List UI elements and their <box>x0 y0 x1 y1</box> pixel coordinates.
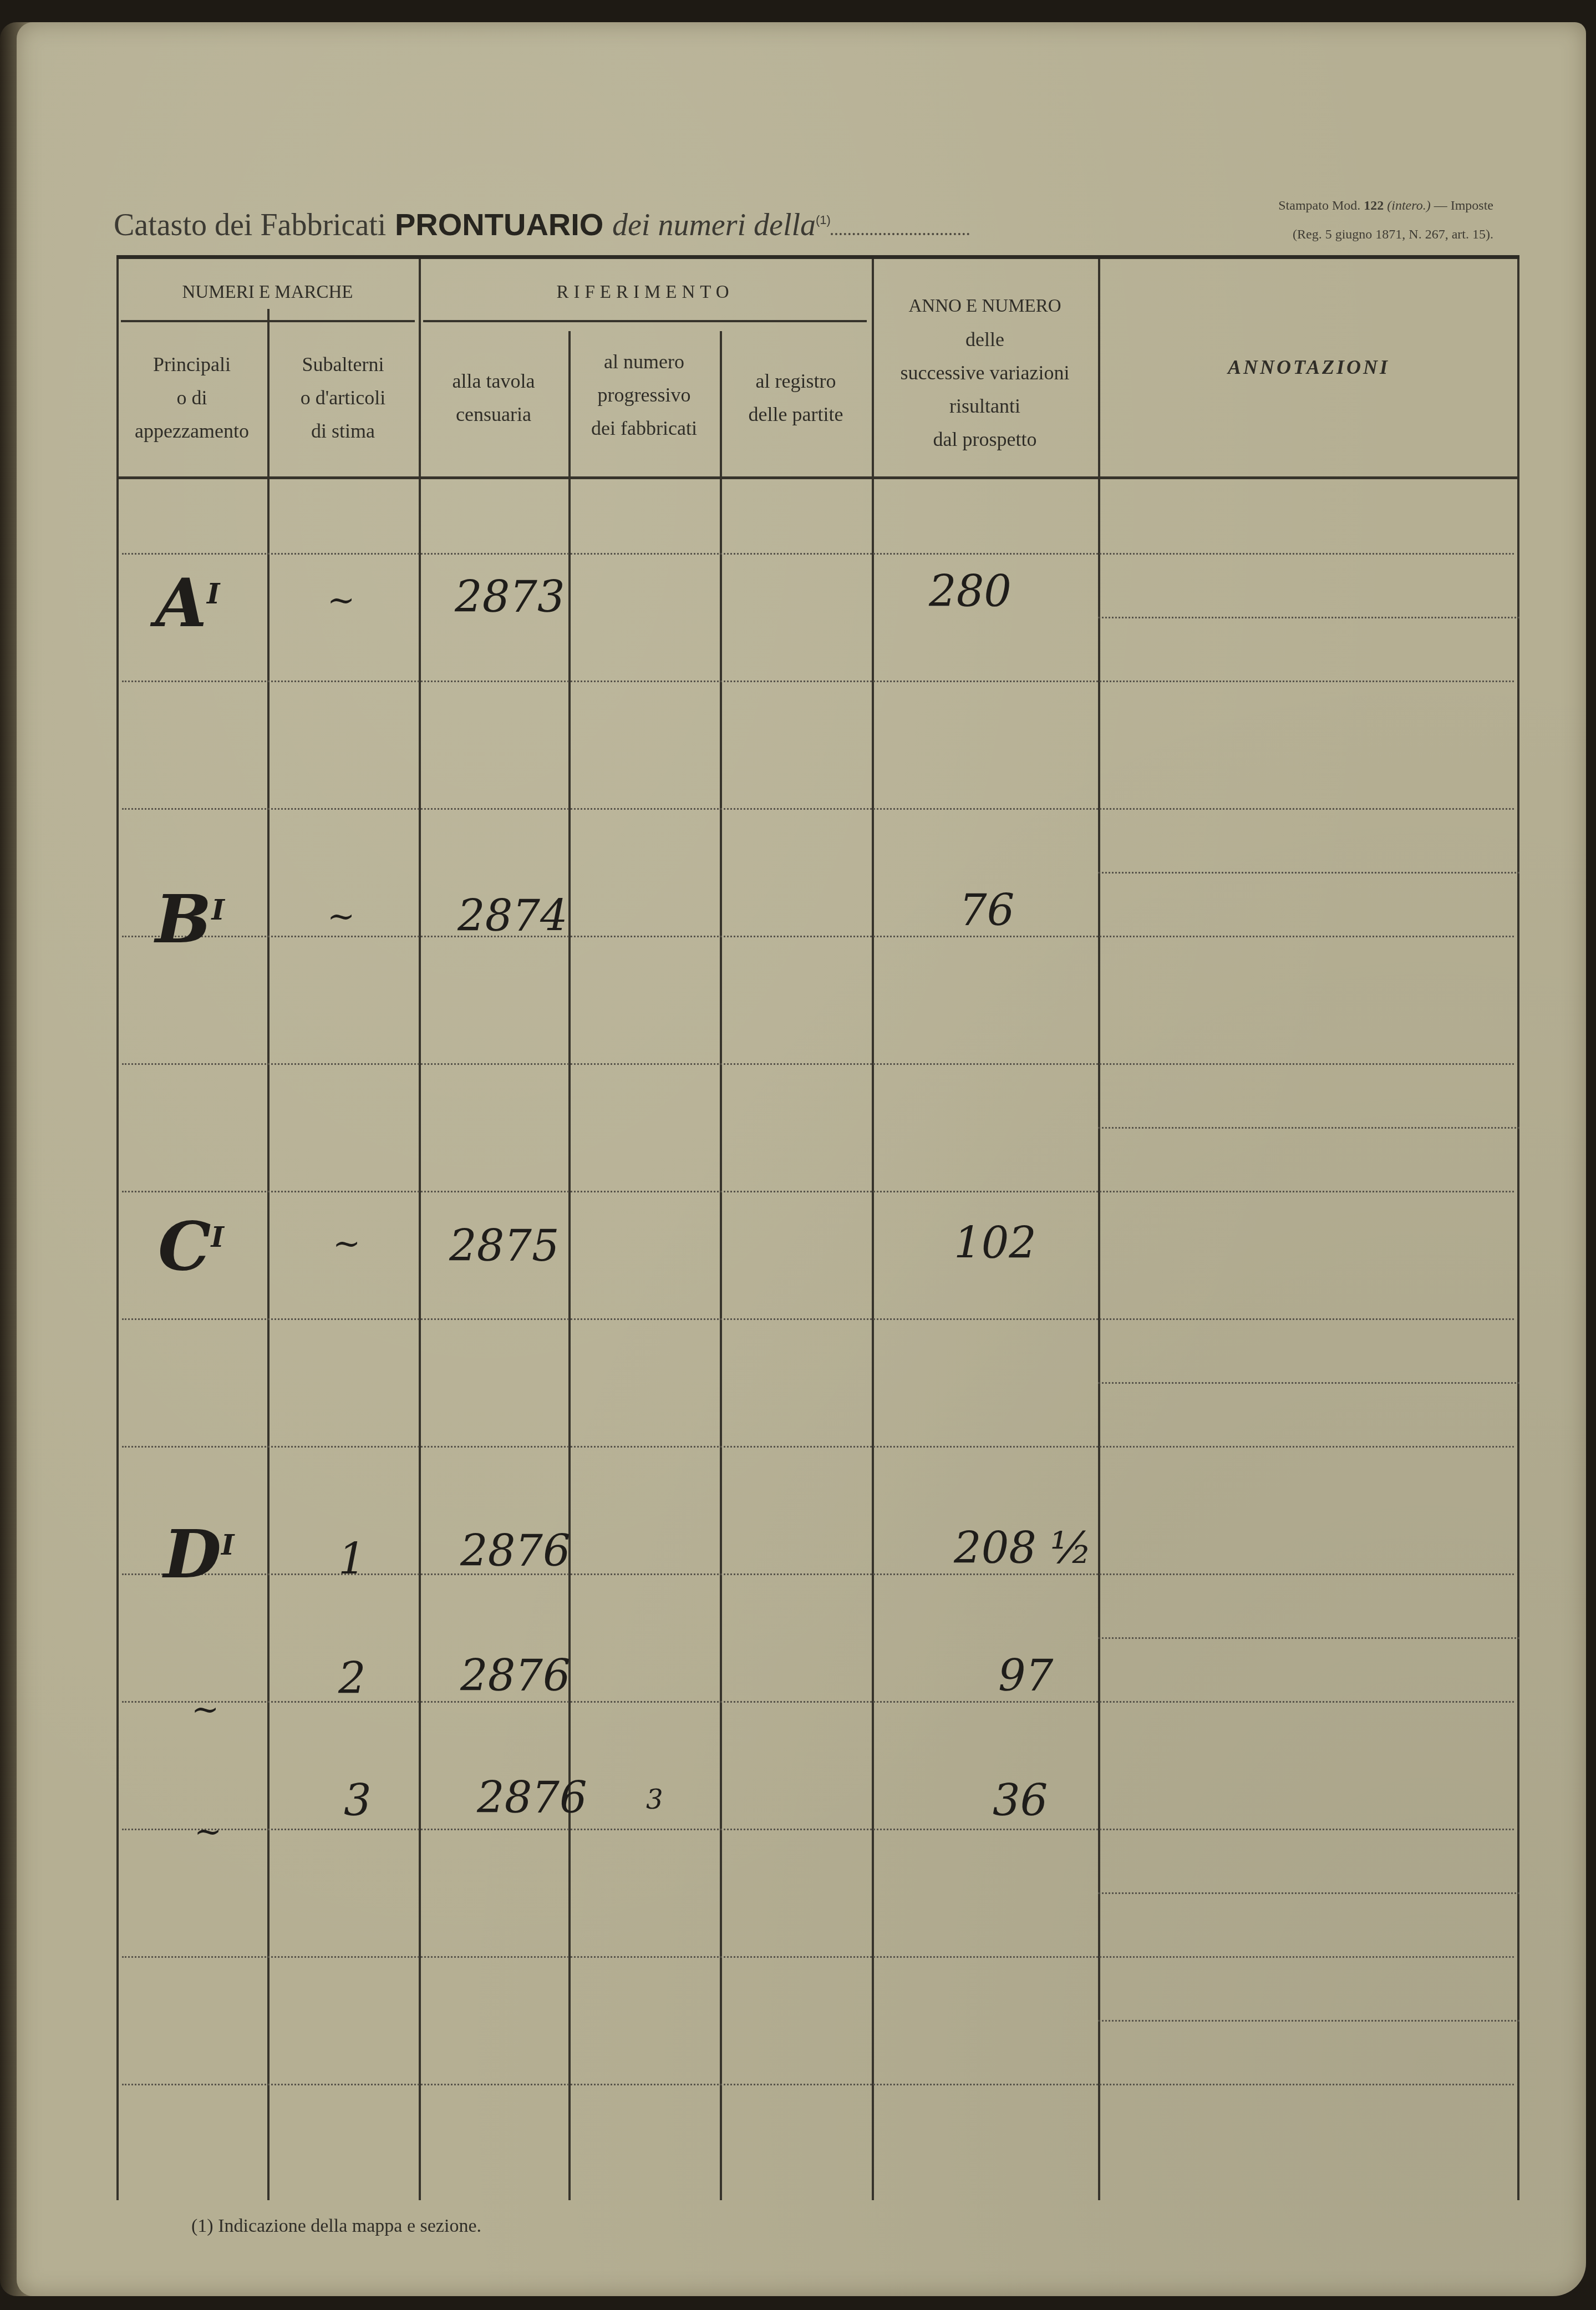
group-header-numeri-e-marche: NUMERI E MARCHE <box>116 276 419 309</box>
cell-principali: AI <box>155 564 220 642</box>
column-header-variazioni: delle successive variazioni risultanti d… <box>872 323 1098 456</box>
col-border <box>568 331 571 2200</box>
cell-subalterni: ~ <box>327 581 355 620</box>
title-bold: PRONTUARIO <box>395 207 603 242</box>
cell-principali: ~ <box>194 1812 222 1851</box>
ruling-line <box>122 1701 1514 1703</box>
cell-tavola: 2875 <box>449 1221 560 1271</box>
column-header-subalterni: Subalterni o d'articoli di stima <box>267 348 419 448</box>
cell-subalterni: 2 <box>338 1654 366 1704</box>
stamp-line-1: Stampato Mod. 122 (intero.) — Imposte <box>1278 191 1493 220</box>
col-border <box>267 309 270 2200</box>
title-note-ref: (1) <box>816 213 831 227</box>
title-italic: dei numeri della <box>612 208 816 242</box>
cell-principali: ~ <box>191 1690 219 1729</box>
col-border <box>872 259 874 2200</box>
cell-tavola: 2876 <box>460 1526 571 1576</box>
ruling-line <box>122 1573 1514 1575</box>
cell-tavola: 2873 <box>455 572 565 622</box>
cell-principali: DI <box>164 1515 234 1593</box>
header-bottom-rule <box>116 476 1519 479</box>
ruling-line <box>1098 1382 1519 1384</box>
cell-subalterni: 1 <box>338 1535 366 1585</box>
cell-tavola: 2876 <box>477 1773 587 1823</box>
cell-variazioni: 97 <box>998 1651 1053 1701</box>
cell-variazioni: 280 <box>929 567 1012 617</box>
col-border <box>720 331 722 2200</box>
page-title: Catasto dei Fabbricati PRONTUARIO dei nu… <box>114 206 969 243</box>
ruling-line <box>122 808 1514 810</box>
ruling-line <box>1098 1892 1519 1894</box>
ruling-line <box>122 1191 1514 1192</box>
ruling-line <box>1098 617 1519 618</box>
cell-variazioni: 208 ½ <box>954 1524 1092 1573</box>
col-border <box>116 259 119 2200</box>
cell-variazioni: 102 <box>954 1219 1036 1268</box>
column-header-principali: Principali o di appezzamento <box>116 348 267 448</box>
title-prefix: Catasto dei Fabbricati <box>114 208 386 242</box>
column-header-numero-progressivo: al numero progressivo dei fabbricati <box>568 345 720 445</box>
group-header-riferimento: RIFERIMENTO <box>419 276 872 309</box>
ruling-line <box>1098 1637 1519 1639</box>
cell-tavola: 2876 <box>460 1651 571 1701</box>
ruling-line <box>122 936 1514 937</box>
ruling-line <box>122 1318 1514 1320</box>
ruling-line <box>122 553 1514 555</box>
stamp-model: 122 <box>1364 199 1384 213</box>
group-header-anno-e-numero: ANNO E NUMERO <box>872 290 1098 323</box>
column-header-annotazioni: ANNOTAZIONI <box>1098 351 1519 384</box>
cell-variazioni: 76 <box>959 886 1014 936</box>
col-border <box>1098 259 1100 2200</box>
col-border <box>1517 259 1519 2200</box>
ruling-line <box>122 2084 1514 2085</box>
cell-subalterni: 3 <box>344 1776 372 1826</box>
cell-variazioni: 36 <box>993 1776 1048 1826</box>
print-stamp: Stampato Mod. 122 (intero.) — Imposte (R… <box>1278 191 1493 249</box>
ruling-line <box>1098 1127 1519 1129</box>
header-rule <box>121 320 415 322</box>
ruling-line <box>1098 872 1519 874</box>
cell-principali: BI <box>155 880 225 958</box>
footnote: (1) Indicazione della mappa e sezione. <box>191 2216 481 2237</box>
cell-progressivo: 3 <box>646 1784 663 1815</box>
cell-tavola: 2874 <box>458 891 568 941</box>
ruling-line <box>122 1956 1514 1958</box>
column-header-tavola-censuaria: alla tavola censuaria <box>419 364 568 431</box>
ruling-line <box>122 1829 1514 1830</box>
stamp-line-2: (Reg. 5 giugno 1871, N. 267, art. 15). <box>1278 220 1493 249</box>
title-fill-dots <box>831 227 969 235</box>
col-border <box>419 259 421 2200</box>
header-rule <box>423 320 867 322</box>
cell-subalterni: ~ <box>327 897 355 936</box>
ruling-line <box>122 1063 1514 1065</box>
prontuario-table: NUMERI E MARCHE RIFERIMENTO ANNO E NUMER… <box>116 255 1519 2200</box>
ruling-line <box>1098 2020 1519 2022</box>
ruling-line <box>122 681 1514 682</box>
column-header-registro-partite: al registro delle partite <box>720 364 872 431</box>
cell-subalterni: ~ <box>333 1224 360 1263</box>
ruling-line <box>122 1446 1514 1448</box>
cell-principali: CI <box>158 1207 224 1286</box>
